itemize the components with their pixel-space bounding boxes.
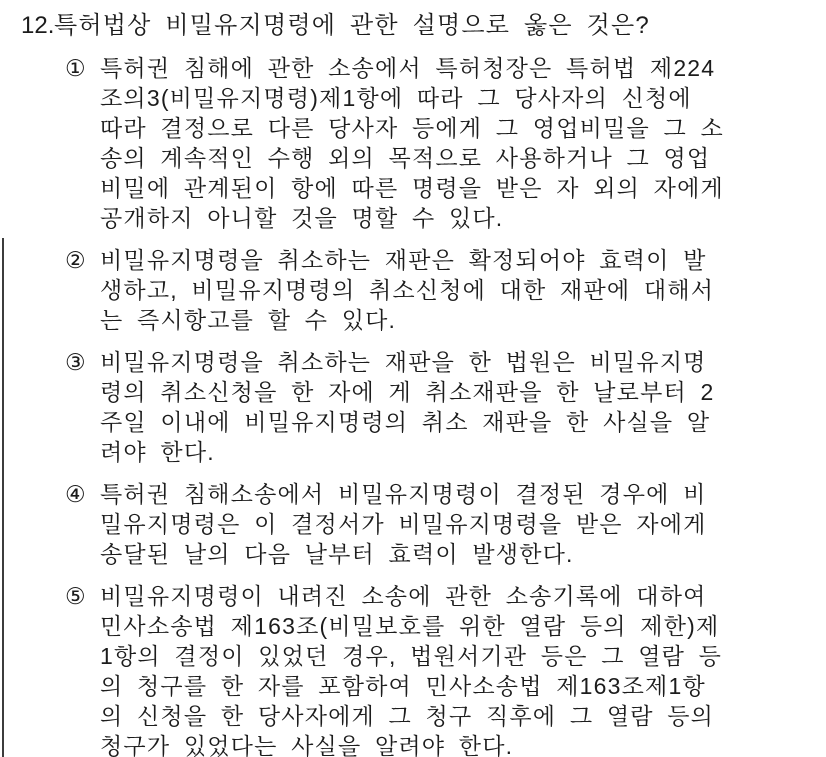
option-text-line: 송달된 날의 다음 날부터 효력이 발생한다. <box>100 539 707 569</box>
option-text-line: 의 청구를 한 자를 포함하여 민사소송법 제163조제1항 <box>100 671 722 701</box>
option-text-line: 송의 계속적인 수행 외의 목적으로 사용하거나 그 영업 <box>100 143 724 173</box>
option-text-line: 공개하지 아니할 것을 명할 수 있다. <box>100 203 724 233</box>
option-4: ④ 특허권 침해소송에서 비밀유지명령이 결정된 경우에 비 밀유지명령은 이 … <box>65 479 826 569</box>
exam-page: 12. 특허법상 비밀유지명령에 관한 설명으로 옳은 것은? ① 특허권 침해… <box>0 0 826 757</box>
option-text-line: 주일 이내에 비밀유지명령의 취소 재판을 한 사실을 알 <box>100 407 715 437</box>
option-2-marker: ② <box>65 245 100 335</box>
question-header: 12. 특허법상 비밀유지명령에 관한 설명으로 옳은 것은? <box>0 0 826 41</box>
option-1: ① 특허권 침해에 관한 소송에서 특허청장은 특허법 제224 조의3(비밀유… <box>65 53 826 233</box>
option-3-marker: ③ <box>65 347 100 467</box>
option-text-line: 비밀유지명령을 취소하는 재판을 한 법원은 비밀유지명 <box>100 347 715 377</box>
option-1-text: 특허권 침해에 관한 소송에서 특허청장은 특허법 제224 조의3(비밀유지명… <box>100 53 724 233</box>
option-3: ③ 비밀유지명령을 취소하는 재판을 한 법원은 비밀유지명 령의 취소신청을 … <box>65 347 826 467</box>
option-4-text: 특허권 침해소송에서 비밀유지명령이 결정된 경우에 비 밀유지명령은 이 결정… <box>100 479 707 569</box>
option-5-marker: ⑤ <box>65 581 100 757</box>
option-text-line: 는 즉시항고를 할 수 있다. <box>100 305 714 335</box>
option-text-line: 비밀에 관계된이 항에 따른 명령을 받은 자 외의 자에게 <box>100 173 724 203</box>
options-list: ① 특허권 침해에 관한 소송에서 특허청장은 특허법 제224 조의3(비밀유… <box>65 53 826 757</box>
option-5-text: 비밀유지명령이 내려진 소송에 관한 소송기록에 대하여 민사소송법 제163조… <box>100 581 722 757</box>
option-text-line: 령의 취소신청을 한 자에 게 취소재판을 한 날로부터 2 <box>100 377 715 407</box>
option-4-marker: ④ <box>65 479 100 569</box>
question-number: 12. <box>21 11 54 41</box>
option-2: ② 비밀유지명령을 취소하는 재판은 확정되어야 효력이 발 생하고, 비밀유지… <box>65 245 826 335</box>
option-text-line: 청구가 있었다는 사실을 알려야 한다. <box>100 731 722 757</box>
option-text-line: 비밀유지명령이 내려진 소송에 관한 소송기록에 대하여 <box>100 581 722 611</box>
option-text-line: 특허권 침해소송에서 비밀유지명령이 결정된 경우에 비 <box>100 479 707 509</box>
option-text-line: 생하고, 비밀유지명령의 취소신청에 대한 재판에 대해서 <box>100 275 714 305</box>
option-text-line: 비밀유지명령을 취소하는 재판은 확정되어야 효력이 발 <box>100 245 714 275</box>
option-text-line: 의 신청을 한 당사자에게 그 청구 직후에 그 열람 등의 <box>100 701 722 731</box>
page-edge-line <box>2 238 4 757</box>
option-text-line: 조의3(비밀유지명령)제1항에 따라 그 당사자의 신청에 <box>100 83 724 113</box>
option-text-line: 려야 한다. <box>100 437 715 467</box>
option-text-line: 밀유지명령은 이 결정서가 비밀유지명령을 받은 자에게 <box>100 509 707 539</box>
option-text-line: 특허권 침해에 관한 소송에서 특허청장은 특허법 제224 <box>100 53 724 83</box>
option-text-line: 따라 결정으로 다른 당사자 등에게 그 영업비밀을 그 소 <box>100 113 724 143</box>
option-5: ⑤ 비밀유지명령이 내려진 소송에 관한 소송기록에 대하여 민사소송법 제16… <box>65 581 826 757</box>
option-2-text: 비밀유지명령을 취소하는 재판은 확정되어야 효력이 발 생하고, 비밀유지명령… <box>100 245 714 335</box>
option-1-marker: ① <box>65 53 100 233</box>
option-text-line: 민사소송법 제163조(비밀보호를 위한 열람 등의 제한)제 <box>100 611 722 641</box>
question-title: 특허법상 비밀유지명령에 관한 설명으로 옳은 것은? <box>54 11 650 41</box>
option-3-text: 비밀유지명령을 취소하는 재판을 한 법원은 비밀유지명 령의 취소신청을 한 … <box>100 347 715 467</box>
option-text-line: 1항의 결정이 있었던 경우, 법원서기관 등은 그 열람 등 <box>100 641 722 671</box>
